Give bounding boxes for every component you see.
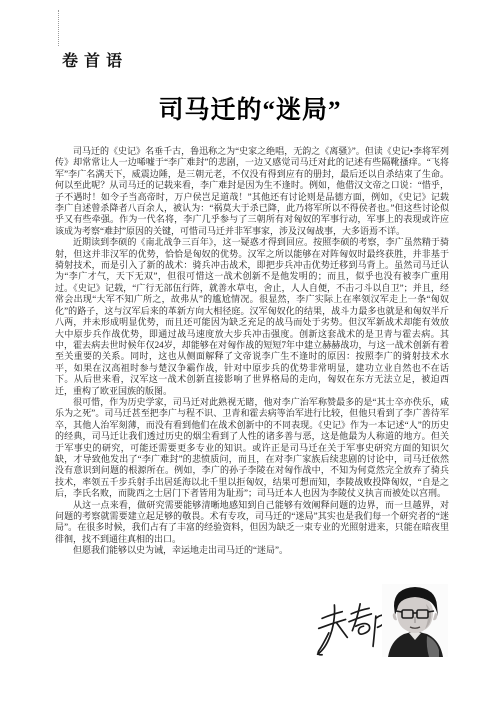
- magazine-page: 卷首语 司马迁的“迷局” 司马迁的《史记》名垂千古，鲁迅称之为“史家之绝唱，无韵…: [0, 0, 500, 702]
- paragraph: 很可惜，作为历史学家，司马迁对此熟视无睹，他对李广治军称赞最多的是“其士卒亦佚乐…: [55, 397, 449, 500]
- section-label: 卷首语: [62, 48, 128, 71]
- paragraph: 从这一点来看，做研究需要能够清晰地感知到自己能够有效阐释问题的边界，而一旦越界，…: [55, 500, 449, 546]
- paragraph: 但愿我们能够以史为诫，幸运地走出司马迁的“迷局”。: [55, 545, 449, 556]
- paragraph: 司马迁的《史记》名垂千古，鲁迅称之为“史家之绝唱，无韵之《离骚》”。但读《史记•…: [55, 146, 449, 237]
- article-title: 司马迁的“迷局”: [0, 90, 500, 126]
- article-body: 司马迁的《史记》名垂千古，鲁迅称之为“史家之绝唱，无韵之《离骚》”。但读《史记•…: [55, 146, 449, 557]
- paragraph: 近期读到李硕的《南北战争三百年》，这一疑惑才得到回应。按照李硕的考察，李广虽然精…: [55, 237, 449, 397]
- author-photo: [382, 584, 448, 657]
- dotted-rule: [58, 10, 59, 46]
- author-signature-icon: [312, 596, 396, 662]
